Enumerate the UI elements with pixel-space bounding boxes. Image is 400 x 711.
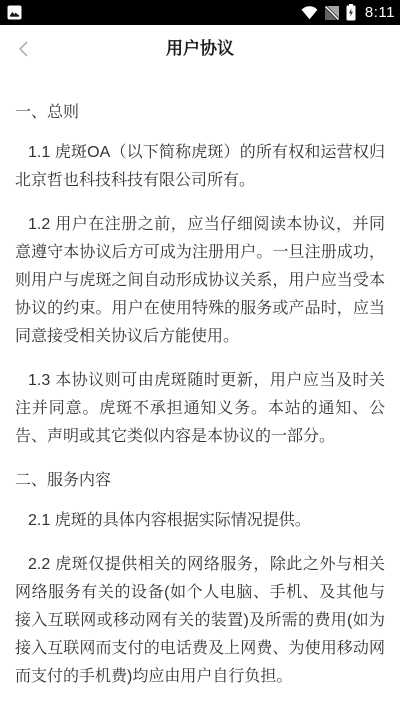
agreement-content: 一、总则 1.1 虎斑OA（以下简称虎斑）的所有权和运营权归北京哲也科技科技有限… — [0, 73, 400, 691]
battery-charging-icon — [346, 4, 356, 21]
image-notification-icon — [7, 5, 22, 20]
chevron-left-icon — [18, 40, 29, 58]
section-heading-general: 一、总则 — [15, 99, 385, 127]
page-title: 用户协议 — [0, 25, 400, 73]
status-bar: 8:11 — [0, 0, 400, 25]
back-button[interactable] — [8, 25, 38, 73]
wifi-icon — [301, 6, 318, 20]
nav-bar: 用户协议 — [0, 25, 400, 73]
paragraph-1-1: 1.1 虎斑OA（以下简称虎斑）的所有权和运营权归北京哲也科技科技有限公司所有。 — [15, 139, 385, 195]
no-sim-icon — [325, 6, 339, 20]
paragraph-2-1: 2.1 虎斑的具体内容根据实际情况提供。 — [15, 507, 385, 535]
paragraph-2-2: 2.2 虎斑仅提供相关的网络服务，除此之外与相关网络服务有关的设备(如个人电脑、… — [15, 551, 385, 691]
status-bar-left — [7, 5, 22, 20]
status-time: 8:11 — [365, 4, 395, 21]
paragraph-1-3: 1.3 本协议则可由虎斑随时更新，用户应当及时关注并同意。虎斑不承担通知义务。本… — [15, 367, 385, 451]
paragraph-1-2: 1.2 用户在注册之前，应当仔细阅读本协议，并同意遵守本协议后方可成为注册用户。… — [15, 211, 385, 351]
screen: 8:11 用户协议 一、总则 1.1 虎斑OA（以下简称虎斑）的所有权和运营权归… — [0, 0, 400, 711]
status-bar-right: 8:11 — [301, 4, 395, 21]
section-heading-services: 二、服务内容 — [15, 467, 385, 495]
